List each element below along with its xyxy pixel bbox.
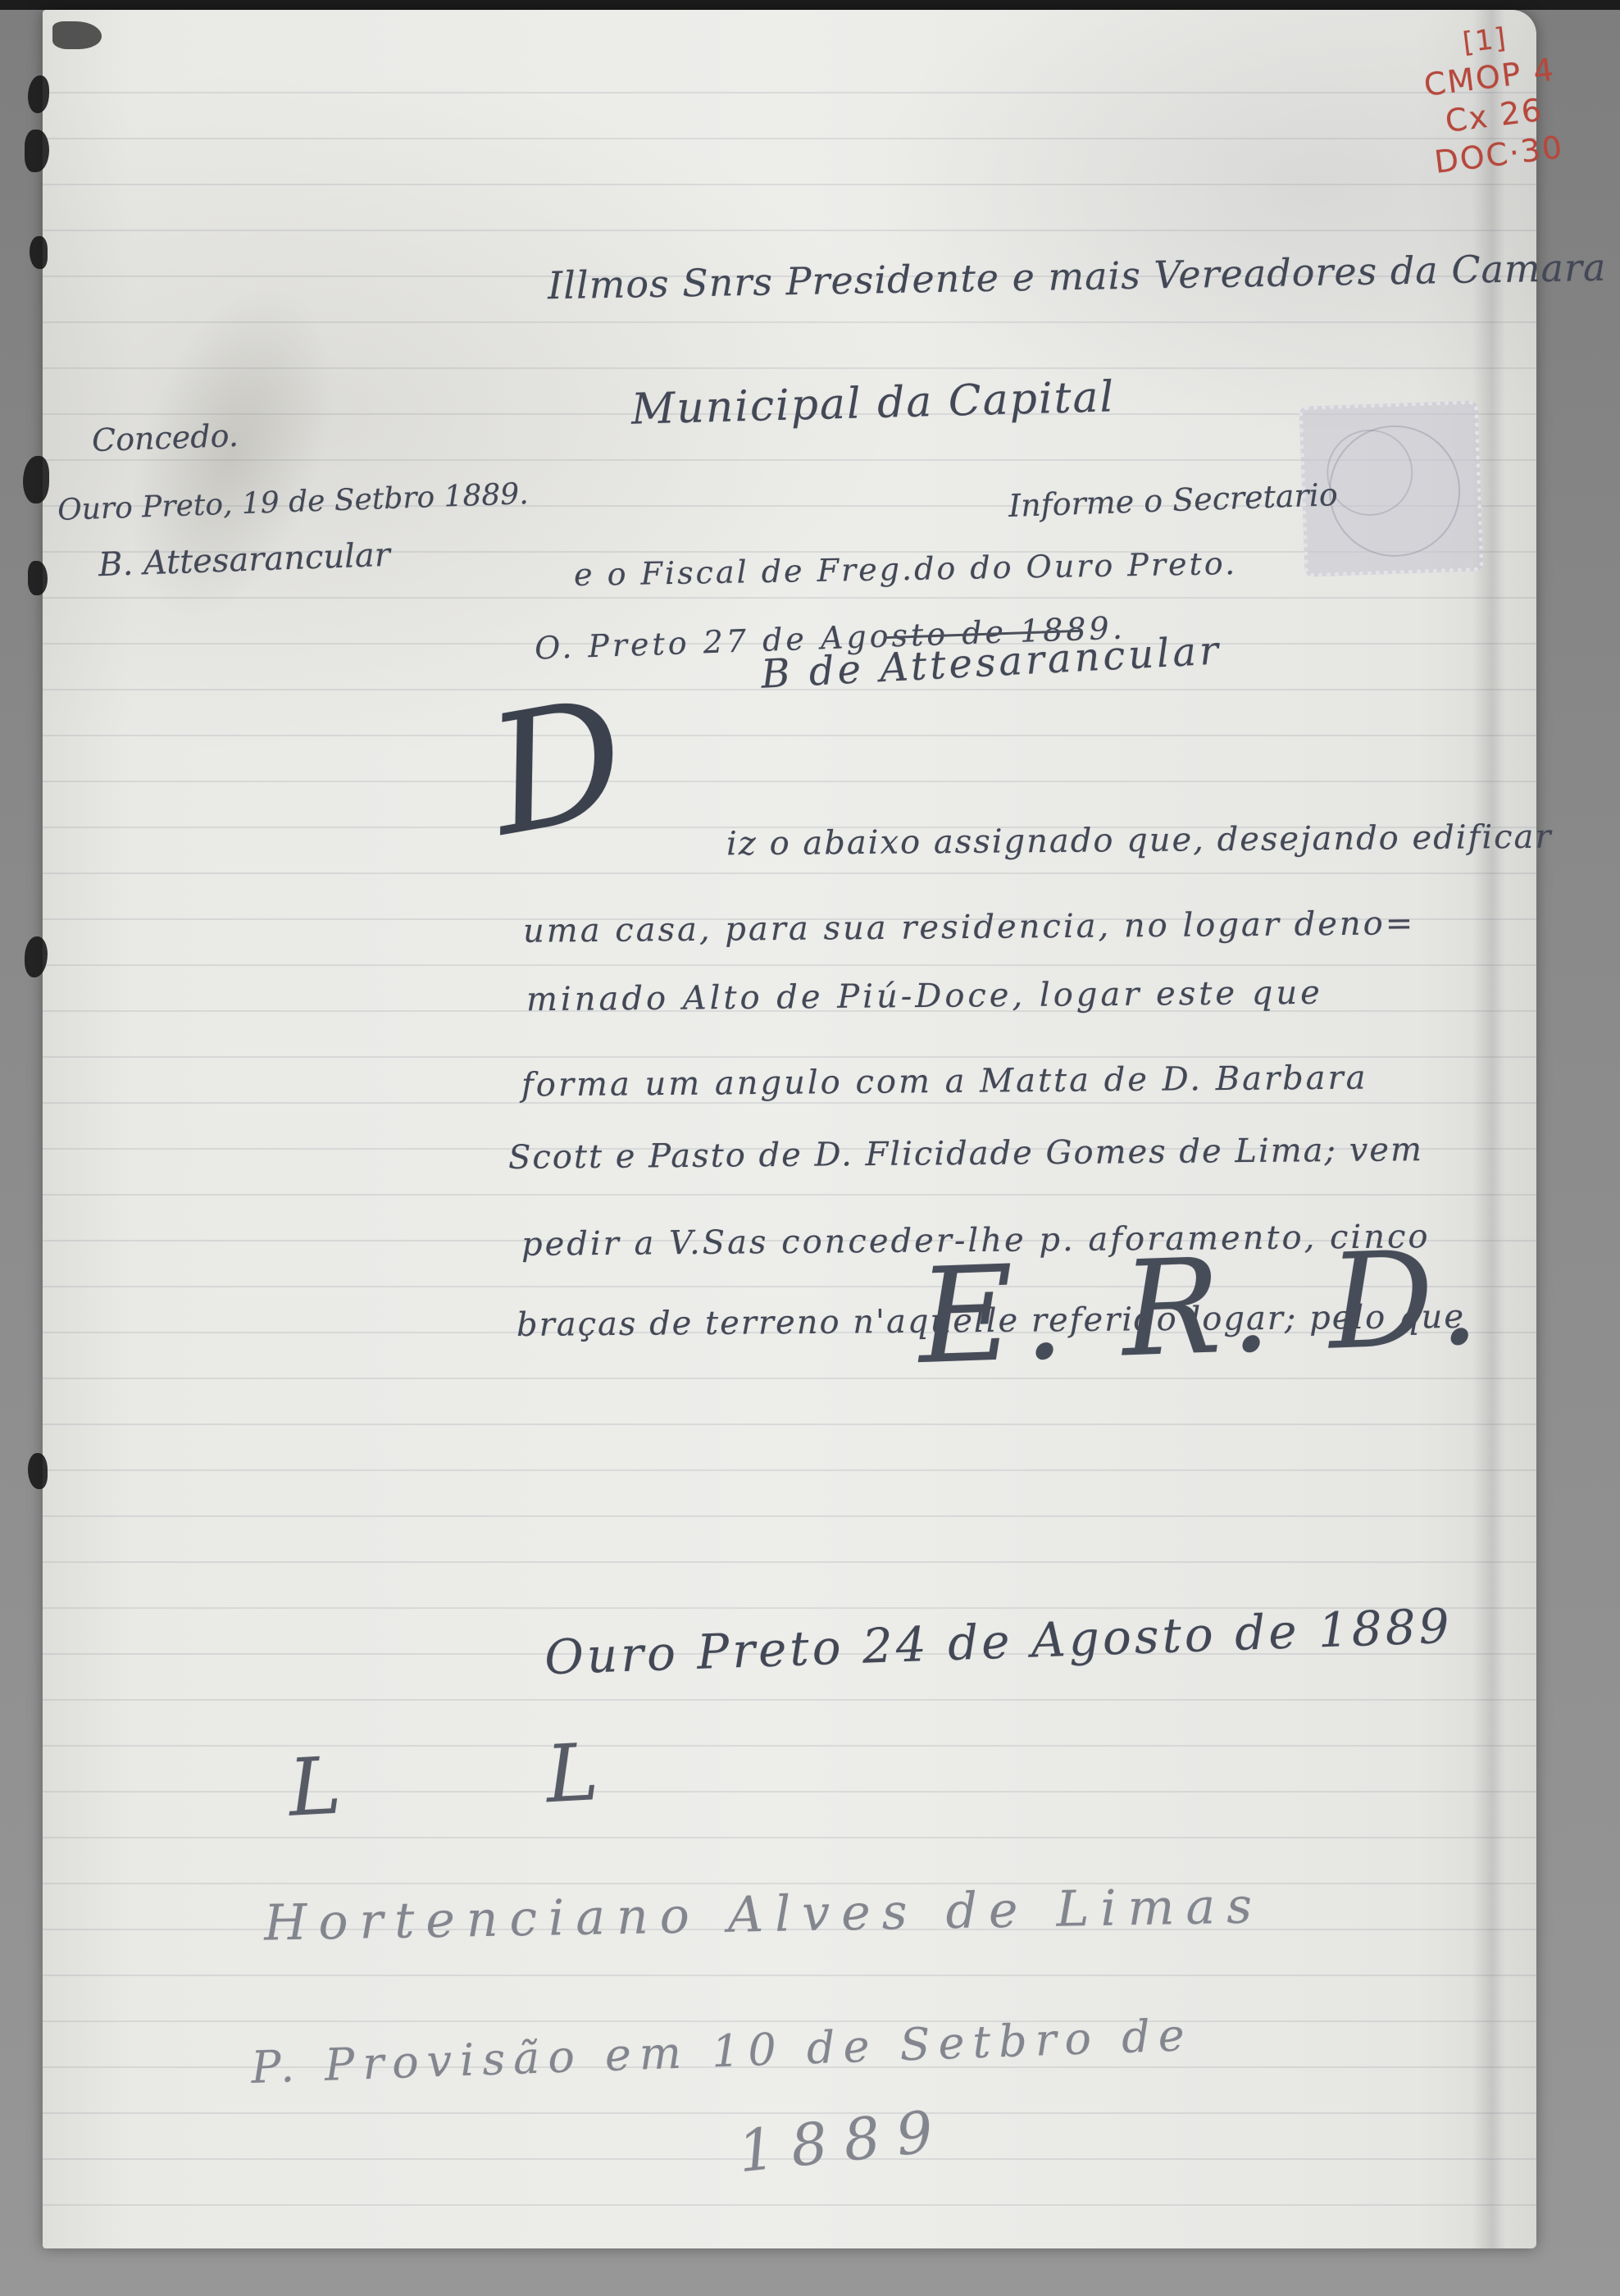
archival-marks: [1] CMOP 4 Cx 26 DOC·30 bbox=[1386, 11, 1600, 186]
body-line: uma casa, para sua residencia, no logar … bbox=[523, 904, 1416, 950]
edge-artifact bbox=[52, 21, 102, 49]
scanner-top-edge bbox=[0, 0, 1620, 10]
edge-artifact bbox=[23, 456, 49, 503]
scanned-document-page: { "archival_marks": { "index": "[1]", "f… bbox=[0, 0, 1620, 2296]
fold-shadow bbox=[1472, 10, 1505, 2248]
edge-artifact bbox=[28, 561, 48, 595]
body-line: Scott e Pasto de D. Flicidade Gomes de L… bbox=[508, 1131, 1423, 1177]
closing-abbreviation: E. R. D. bbox=[916, 1220, 1490, 1393]
body-line: forma um angulo com a Matta de D. Barbar… bbox=[521, 1059, 1368, 1104]
edge-artifact bbox=[30, 236, 48, 269]
body-line: minado Alto de Piú-Doce, logar este que bbox=[526, 974, 1323, 1018]
margin-concedo: Concedo. bbox=[91, 417, 239, 458]
body-line: iz o abaixo assignado que, desejando edi… bbox=[726, 818, 1553, 863]
edge-artifact bbox=[28, 1453, 48, 1489]
